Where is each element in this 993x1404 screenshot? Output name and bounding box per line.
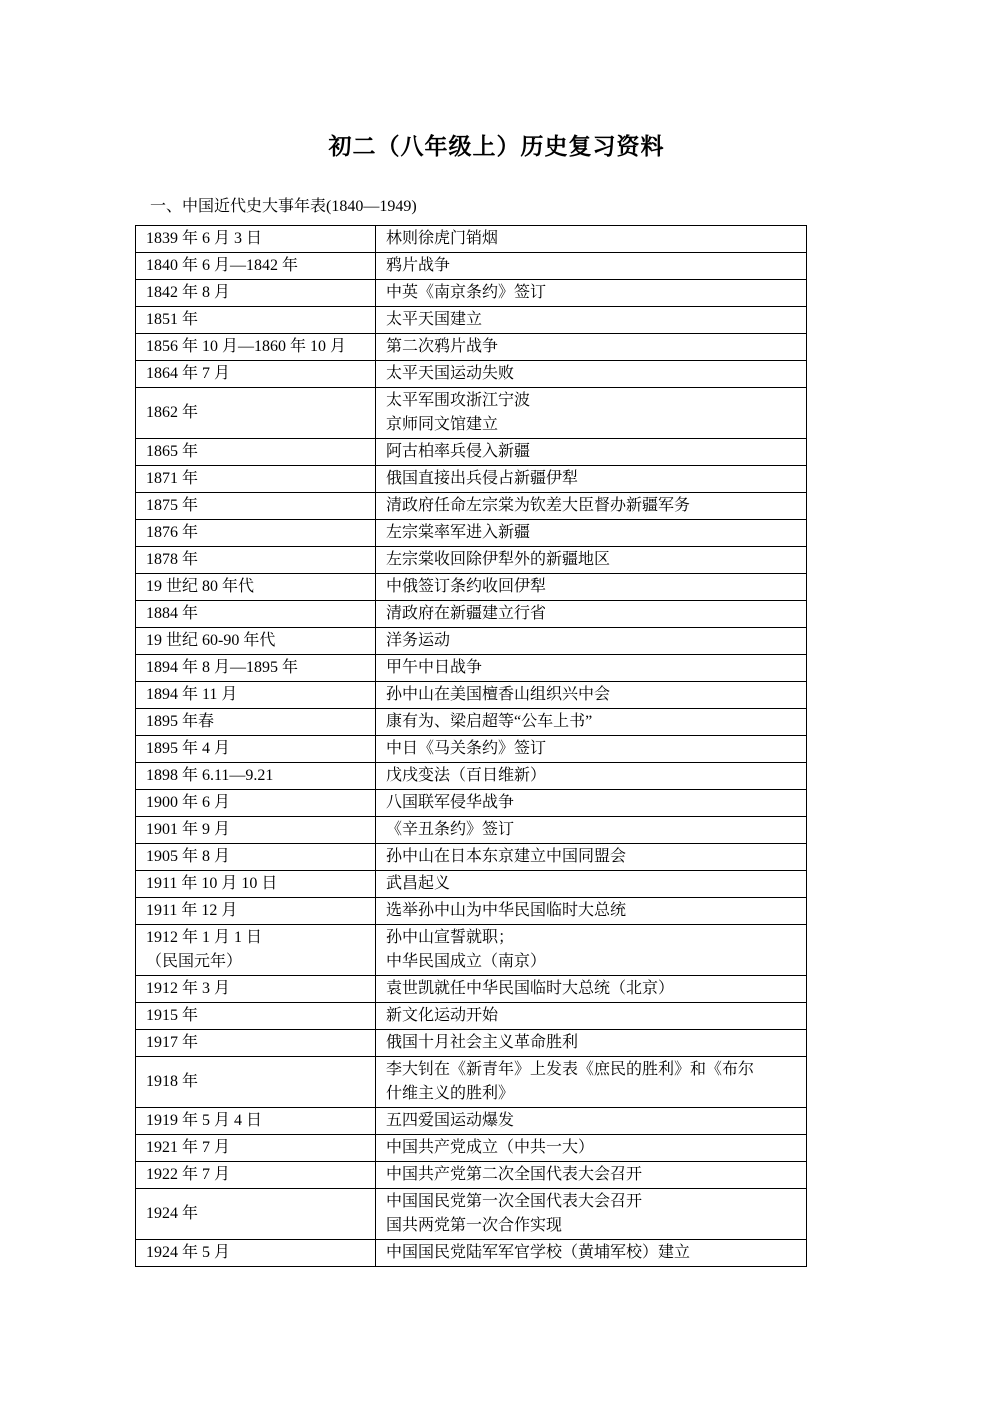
date-cell: 1842 年 8 月 xyxy=(136,280,376,307)
table-row: 1905 年 8 月 孙中山在日本东京建立中国同盟会 xyxy=(136,844,807,871)
date-cell: 1900 年 6 月 xyxy=(136,790,376,817)
timeline-table: 1839 年 6 月 3 日 林则徐虎门销烟 1840 年 6 月—1842 年… xyxy=(135,225,807,1267)
date-cell: 1875 年 xyxy=(136,493,376,520)
table-row: 1839 年 6 月 3 日 林则徐虎门销烟 xyxy=(136,226,807,253)
table-row: 1876 年 左宗棠率军进入新疆 xyxy=(136,520,807,547)
table-row: 19 世纪 80 年代 中俄签订条约收回伊犁 xyxy=(136,574,807,601)
table-row: 1912 年 1 月 1 日 （民国元年） 孙中山宣誓就职； 中华民国成立（南京… xyxy=(136,925,807,976)
date-cell: 1871 年 xyxy=(136,466,376,493)
date-cell: 1856 年 10 月—1860 年 10 月 xyxy=(136,334,376,361)
event-cell: 阿古柏率兵侵入新疆 xyxy=(376,439,807,466)
event-cell: 俄国直接出兵侵占新疆伊犁 xyxy=(376,466,807,493)
date-cell: 1898 年 6.11—9.21 xyxy=(136,763,376,790)
event-cell: 《辛丑条约》签订 xyxy=(376,817,807,844)
date-cell: 1917 年 xyxy=(136,1030,376,1057)
section-heading: 一、中国近代史大事年表(1840—1949) xyxy=(150,197,417,217)
event-cell: 李大钊在《新青年》上发表《庶民的胜利》和《布尔 什维主义的胜利》 xyxy=(376,1057,807,1108)
table-row: 19 世纪 60-90 年代 洋务运动 xyxy=(136,628,807,655)
event-cell: 第二次鸦片战争 xyxy=(376,334,807,361)
date-cell: 1884 年 xyxy=(136,601,376,628)
event-cell: 太平天国建立 xyxy=(376,307,807,334)
date-cell: 19 世纪 60-90 年代 xyxy=(136,628,376,655)
event-cell: 左宗棠收回除伊犁外的新疆地区 xyxy=(376,547,807,574)
table-row: 1915 年 新文化运动开始 xyxy=(136,1003,807,1030)
table-row: 1875 年 清政府任命左宗棠为钦差大臣督办新疆军务 xyxy=(136,493,807,520)
date-cell: 1911 年 12 月 xyxy=(136,898,376,925)
event-cell: 林则徐虎门销烟 xyxy=(376,226,807,253)
event-cell: 太平军围攻浙江宁波 京师同文馆建立 xyxy=(376,388,807,439)
date-cell: 1912 年 3 月 xyxy=(136,976,376,1003)
event-cell: 中日《马关条约》签订 xyxy=(376,736,807,763)
event-cell: 清政府在新疆建立行省 xyxy=(376,601,807,628)
date-cell: 1915 年 xyxy=(136,1003,376,1030)
table-row: 1924 年 5 月 中国国民党陆军军官学校（黄埔军校）建立 xyxy=(136,1240,807,1267)
event-cell: 中英《南京条约》签订 xyxy=(376,280,807,307)
event-cell: 五四爱国运动爆发 xyxy=(376,1108,807,1135)
date-cell: 1905 年 8 月 xyxy=(136,844,376,871)
table-row: 1894 年 11 月 孙中山在美国檀香山组织兴中会 xyxy=(136,682,807,709)
event-cell: 戊戌变法（百日维新） xyxy=(376,763,807,790)
date-cell: 1895 年春 xyxy=(136,709,376,736)
event-cell: 选举孙中山为中华民国临时大总统 xyxy=(376,898,807,925)
date-cell: 1840 年 6 月—1842 年 xyxy=(136,253,376,280)
table-row: 1895 年春 康有为、梁启超等“公车上书” xyxy=(136,709,807,736)
date-cell: 1918 年 xyxy=(136,1057,376,1108)
event-cell: 孙中山在日本东京建立中国同盟会 xyxy=(376,844,807,871)
timeline-table-body: 1839 年 6 月 3 日 林则徐虎门销烟 1840 年 6 月—1842 年… xyxy=(136,226,807,1267)
date-cell: 1911 年 10 月 10 日 xyxy=(136,871,376,898)
table-row: 1898 年 6.11—9.21 戊戌变法（百日维新） xyxy=(136,763,807,790)
date-cell: 1864 年 7 月 xyxy=(136,361,376,388)
date-cell: 1901 年 9 月 xyxy=(136,817,376,844)
date-cell: 1924 年 5 月 xyxy=(136,1240,376,1267)
table-row: 1901 年 9 月 《辛丑条约》签订 xyxy=(136,817,807,844)
table-row: 1911 年 10 月 10 日 武昌起义 xyxy=(136,871,807,898)
document-page: 初二（八年级上）历史复习资料 一、中国近代史大事年表(1840—1949) 18… xyxy=(0,0,993,1404)
event-cell: 中国国民党第一次全国代表大会召开 国共两党第一次合作实现 xyxy=(376,1189,807,1240)
table-row: 1864 年 7 月 太平天国运动失败 xyxy=(136,361,807,388)
event-cell: 康有为、梁启超等“公车上书” xyxy=(376,709,807,736)
event-cell: 孙中山宣誓就职； 中华民国成立（南京） xyxy=(376,925,807,976)
date-cell: 1876 年 xyxy=(136,520,376,547)
date-cell: 1865 年 xyxy=(136,439,376,466)
date-cell: 1922 年 7 月 xyxy=(136,1162,376,1189)
table-row: 1856 年 10 月—1860 年 10 月 第二次鸦片战争 xyxy=(136,334,807,361)
page-title: 初二（八年级上）历史复习资料 xyxy=(0,128,993,161)
date-cell: 1924 年 xyxy=(136,1189,376,1240)
table-row: 1921 年 7 月 中国共产党成立（中共一大） xyxy=(136,1135,807,1162)
date-cell: 1862 年 xyxy=(136,388,376,439)
event-cell: 武昌起义 xyxy=(376,871,807,898)
event-cell: 中俄签订条约收回伊犁 xyxy=(376,574,807,601)
table-row: 1895 年 4 月 中日《马关条约》签订 xyxy=(136,736,807,763)
table-row: 1840 年 6 月—1842 年 鸦片战争 xyxy=(136,253,807,280)
event-cell: 鸦片战争 xyxy=(376,253,807,280)
event-cell: 袁世凯就任中华民国临时大总统（北京） xyxy=(376,976,807,1003)
event-cell: 中国共产党成立（中共一大） xyxy=(376,1135,807,1162)
table-row: 1865 年 阿古柏率兵侵入新疆 xyxy=(136,439,807,466)
date-cell: 1912 年 1 月 1 日 （民国元年） xyxy=(136,925,376,976)
event-cell: 左宗棠率军进入新疆 xyxy=(376,520,807,547)
date-cell: 1894 年 8 月—1895 年 xyxy=(136,655,376,682)
table-row: 1878 年 左宗棠收回除伊犁外的新疆地区 xyxy=(136,547,807,574)
date-cell: 1894 年 11 月 xyxy=(136,682,376,709)
event-cell: 俄国十月社会主义革命胜利 xyxy=(376,1030,807,1057)
date-cell: 1878 年 xyxy=(136,547,376,574)
date-cell: 1921 年 7 月 xyxy=(136,1135,376,1162)
table-row: 1900 年 6 月 八国联军侵华战争 xyxy=(136,790,807,817)
table-row: 1918 年 李大钊在《新青年》上发表《庶民的胜利》和《布尔 什维主义的胜利》 xyxy=(136,1057,807,1108)
table-row: 1842 年 8 月 中英《南京条约》签订 xyxy=(136,280,807,307)
table-row: 1851 年 太平天国建立 xyxy=(136,307,807,334)
event-cell: 八国联军侵华战争 xyxy=(376,790,807,817)
table-row: 1894 年 8 月—1895 年 甲午中日战争 xyxy=(136,655,807,682)
event-cell: 中国国民党陆军军官学校（黄埔军校）建立 xyxy=(376,1240,807,1267)
table-row: 1922 年 7 月 中国共产党第二次全国代表大会召开 xyxy=(136,1162,807,1189)
table-row: 1911 年 12 月 选举孙中山为中华民国临时大总统 xyxy=(136,898,807,925)
date-cell: 1895 年 4 月 xyxy=(136,736,376,763)
event-cell: 甲午中日战争 xyxy=(376,655,807,682)
event-cell: 孙中山在美国檀香山组织兴中会 xyxy=(376,682,807,709)
event-cell: 洋务运动 xyxy=(376,628,807,655)
table-row: 1919 年 5 月 4 日 五四爱国运动爆发 xyxy=(136,1108,807,1135)
table-row: 1884 年 清政府在新疆建立行省 xyxy=(136,601,807,628)
event-cell: 清政府任命左宗棠为钦差大臣督办新疆军务 xyxy=(376,493,807,520)
date-cell: 1919 年 5 月 4 日 xyxy=(136,1108,376,1135)
event-cell: 新文化运动开始 xyxy=(376,1003,807,1030)
event-cell: 中国共产党第二次全国代表大会召开 xyxy=(376,1162,807,1189)
table-row: 1862 年 太平军围攻浙江宁波 京师同文馆建立 xyxy=(136,388,807,439)
event-cell: 太平天国运动失败 xyxy=(376,361,807,388)
date-cell: 1839 年 6 月 3 日 xyxy=(136,226,376,253)
date-cell: 19 世纪 80 年代 xyxy=(136,574,376,601)
table-row: 1912 年 3 月 袁世凯就任中华民国临时大总统（北京） xyxy=(136,976,807,1003)
table-row: 1924 年 中国国民党第一次全国代表大会召开 国共两党第一次合作实现 xyxy=(136,1189,807,1240)
table-row: 1871 年 俄国直接出兵侵占新疆伊犁 xyxy=(136,466,807,493)
table-row: 1917 年 俄国十月社会主义革命胜利 xyxy=(136,1030,807,1057)
date-cell: 1851 年 xyxy=(136,307,376,334)
